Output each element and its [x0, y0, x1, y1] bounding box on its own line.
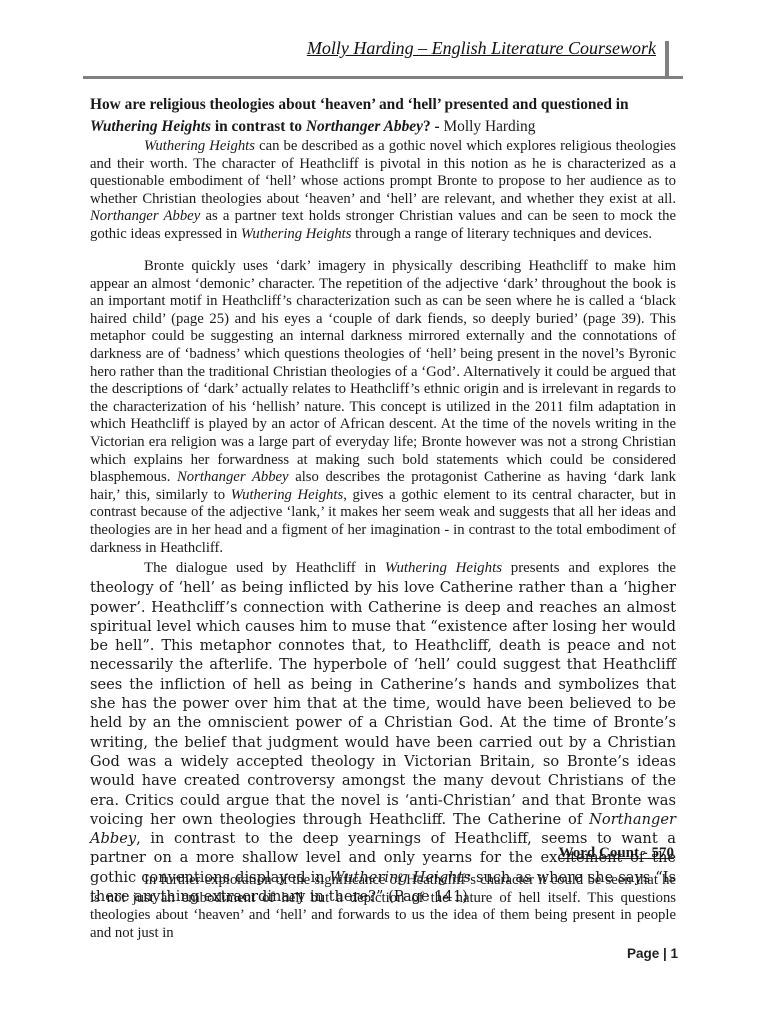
header-horizontal-rule [83, 76, 683, 79]
document-header: Molly Harding – English Literature Cours… [83, 36, 683, 76]
header-author-title: Molly Harding – English Literature Cours… [307, 38, 656, 59]
essay-paragraph-dark-imagery: Bronte quickly uses ‘dark’ imagery in ph… [90, 258, 676, 557]
essay-question-title: How are religious theologies about ‘heav… [90, 94, 676, 138]
header-vertical-rule [665, 41, 669, 78]
word-count-label: Word Count - 570 [559, 845, 674, 862]
page-number: Page | 1 [627, 946, 678, 961]
essay-paragraph-intro: Wuthering Heights can be described as a … [90, 138, 676, 244]
essay-paragraph-further-exploration: In further exploration of the significan… [90, 872, 676, 942]
document-page: Molly Harding – English Literature Cours… [0, 0, 768, 1024]
